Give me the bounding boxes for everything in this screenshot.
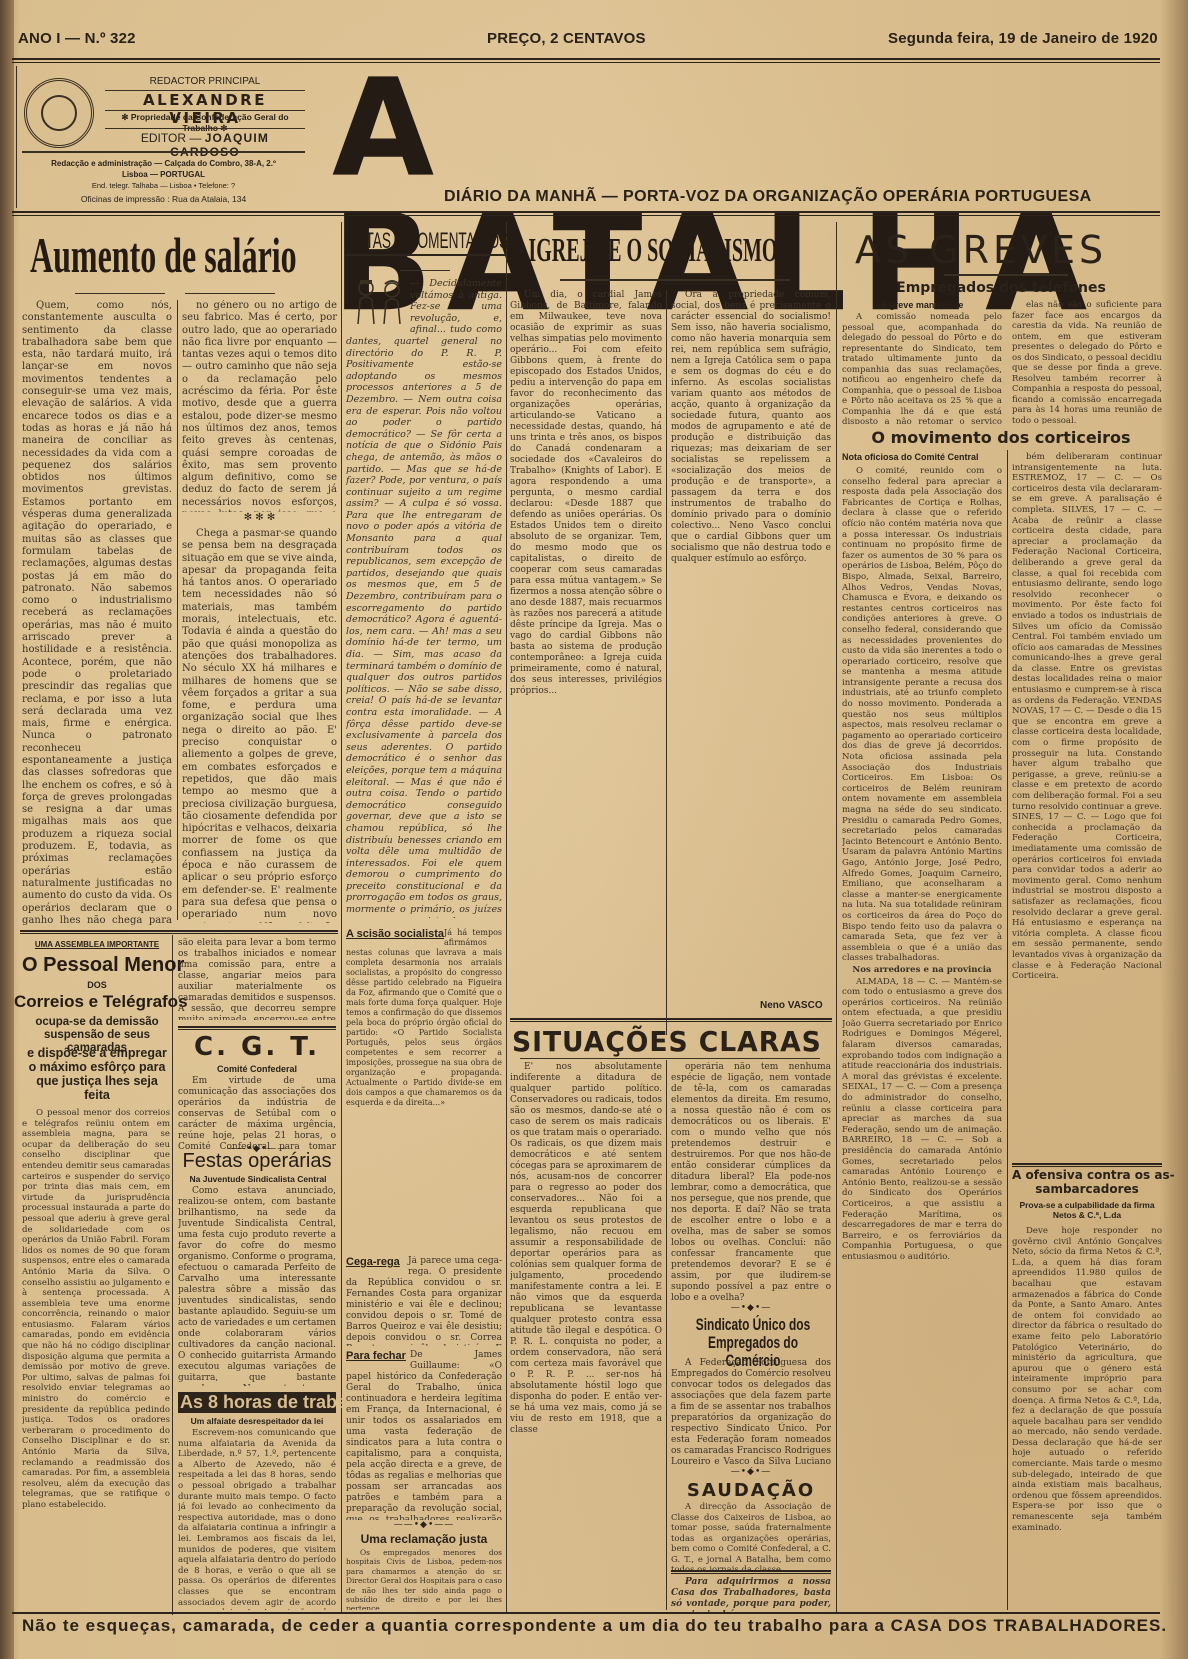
masthead-bottom-rule-thin — [12, 215, 1160, 216]
subheadline-telefones: Empregados dos telefones — [842, 280, 1160, 296]
headline-dos: DOS — [22, 980, 172, 990]
headline-ofensiva-2: sambarcadores — [1012, 1182, 1162, 1196]
editor-line: EDITOR — JOAQUIM CARDOSO — [105, 131, 305, 159]
newspaper-subtitle: DIÁRIO DA MANHÃ — PORTA-VOZ DA ORGANIZAÇ… — [444, 188, 1092, 206]
city: Lisboa — PORTUGAL — [22, 170, 305, 179]
article-body-scisao: Já há tempos afirmámos nestas colunas qu… — [346, 928, 502, 1258]
article-body-pessoal-continued: são eleita para levar a bom termo os tra… — [178, 938, 336, 1020]
box-border — [16, 66, 17, 208]
headline-cgt: C. G. T. — [178, 1032, 336, 1062]
article-body-aumento-col1: Quem, como nós, constantemente ausculta … — [22, 300, 172, 925]
article-body-pessoal-menor: O pessoal menor dos correios e telégrafo… — [22, 1108, 170, 1610]
address: Redacção e administração — Calçada do Co… — [22, 159, 305, 168]
divider — [510, 1018, 832, 1022]
top-rule — [12, 58, 1160, 60]
divider — [520, 1058, 820, 1059]
divider — [105, 128, 305, 129]
headline-8-horas: As 8 horas de trabalho — [178, 1392, 336, 1413]
article-body-aumento-col2: no género ou no artigo de seu fabrico. M… — [182, 300, 337, 512]
price: PREÇO, 2 CENTAVOS — [487, 30, 646, 47]
column-divider — [172, 935, 173, 1615]
article-body-corticeiros-col2: bém deliberaram continuar intransigentem… — [1012, 452, 1162, 1177]
headline-as-greves: AS GREVES — [855, 228, 1107, 272]
headline-reclamacao-justa: Uma reclamação justa — [346, 1532, 502, 1546]
divider — [178, 1026, 336, 1030]
nota-oficiosa-head: Nota oficiosa do Comité Central — [842, 452, 1007, 462]
column-divider — [506, 222, 507, 1612]
headline-pessoal-menor: O Pessoal Menor — [22, 954, 172, 977]
divider — [185, 293, 275, 294]
divider — [400, 270, 450, 271]
subhead-juventude: Na Juventude Sindicalista Central — [178, 1174, 338, 1184]
article-body-igreja-col2: Ora a propriedade comum, social, dos ben… — [671, 290, 831, 1002]
redactor-label: REDACTOR PRINCIPAL — [105, 76, 305, 87]
article-body-saudacao: A direcção da Associação de Classe dos C… — [671, 1502, 831, 1570]
article-body-aumento-col2b: Chega a pasmar-se quando se pensa bem na… — [182, 528, 337, 923]
column-divider — [666, 1060, 667, 1610]
byline-neno-vasco: Neno VASCO — [760, 1000, 823, 1011]
cgt-seal-icon — [24, 78, 94, 148]
article-body-ofensiva: Deve hoje responder no govêrno civil Ant… — [1012, 1226, 1162, 1610]
divider — [944, 274, 1068, 276]
article-body-notas: — Decididamente voltámos à antiga. Fez-s… — [346, 278, 502, 918]
deck-maximo-esforco: e dispõe-se a empregar o máximo esfôrço … — [22, 1046, 172, 1102]
headline-situacoes-claras: SITUAÇÕES CLARAS — [512, 1025, 822, 1058]
telegraph: End. telegr. Talhaba — Lisboa • Telefone… — [22, 181, 305, 190]
headline-igreja-socialismo: A IGREJA E O SOCIALISMO — [510, 232, 778, 270]
headline-notas-comentarios: NOTAS & COMENTARIOS — [345, 228, 508, 256]
headline-ofensiva-1: A ofensiva contra os as- — [1012, 1168, 1162, 1182]
article-body-8-horas: Escrevem-nos comunicando que numa alfaia… — [178, 1428, 336, 1610]
kicker-greve-mantem: A greve mantém-se — [842, 300, 1002, 310]
article-body-festas: Como estava anunciado, realizou-se ontem… — [178, 1186, 336, 1386]
article-body-corticeiros-col1: O comité, reunido com o conselho federal… — [842, 466, 1002, 1610]
column-divider — [666, 290, 667, 1035]
divider — [1012, 1163, 1162, 1167]
divider — [22, 151, 305, 153]
article-body-reclamacao: Os empregados menores dos hospitais Civi… — [346, 1548, 502, 1610]
headline-correios-telegrafos: Correios e Telégrafos — [14, 992, 180, 1012]
masthead-bottom-rule — [12, 211, 1160, 213]
page-edge-shadow — [0, 0, 14, 1659]
column-divider — [177, 300, 178, 920]
headline-aumento-salario: Aumento de salário — [30, 226, 297, 284]
subheadline-corticeiros: O movimento dos corticeiros — [842, 428, 1160, 447]
subhead-comite-confederal: Comité Confederal — [178, 1064, 336, 1074]
newspaper-page: ANO I — N.º 322 PREÇO, 2 CENTAVOS Segund… — [0, 0, 1188, 1659]
article-body-cgt: Em virtude de uma comunicação das associ… — [178, 1076, 336, 1151]
article-body-para-fechar: De James Guillaume: «O papel histórico d… — [346, 1350, 502, 1520]
article-body-cega-rega: Já parece uma cega-rega. O presidente da… — [346, 1256, 502, 1346]
subhead-alfaiate: Um alfaiate desrespeitador da lei — [178, 1416, 336, 1426]
headline-festas-operarias: Festas operárias — [178, 1150, 336, 1173]
kicker-assemblea: UMA ASSEMBLEA IMPORTANTE — [22, 940, 172, 949]
footer-rule — [12, 1612, 1160, 1614]
article-body-sindicato: A Federação Portuguesa dos Empregados do… — [671, 1358, 831, 1468]
divider — [75, 293, 165, 294]
divider — [20, 930, 338, 934]
ornament-divider: —•◆•— — [671, 1467, 831, 1477]
article-body-telefones-col1: A comissão nomeada pelo pessoal que, aco… — [842, 312, 1002, 424]
printing-office: Oficinas de impressão : Rua da Atalaia, … — [22, 194, 305, 204]
divider — [560, 279, 790, 281]
ornament-divider: ——•◆•—— — [346, 1520, 502, 1530]
article-body-situacoes-col1: E' nos absolutamente indiferente a ditad… — [510, 1062, 662, 1610]
footer-banner-casa-trabalhadores: Não te esqueças, camarada, de ceder a qu… — [22, 1616, 1167, 1636]
casa-trabalhadores-note: Para adquirirmos a nossa Casa dos Trabal… — [671, 1577, 831, 1613]
ofensiva-subhead: Prova-se a culpabilidade da firma Netos … — [1012, 1200, 1162, 1220]
section-stars: ✻ ✻ ✻ — [182, 512, 337, 523]
issue-date: Segunda feira, 19 de Janeiro de 1920 — [888, 30, 1158, 47]
article-body-igreja-col1: Um dia, o cardial James Gibbons, de Balt… — [510, 290, 662, 1010]
editor-label: EDITOR — — [141, 131, 201, 145]
column-divider — [1007, 450, 1008, 1610]
divider — [671, 1570, 831, 1574]
article-body-situacoes-col2: operária não tem nenhuma espécie de liga… — [671, 1062, 831, 1302]
ornament-divider: —•◆•— — [671, 1303, 831, 1313]
issue-number: ANO I — N.º 322 — [18, 30, 136, 47]
divider — [105, 110, 305, 111]
headline-saudacao: SAUDAÇÃO — [671, 1480, 831, 1501]
column-divider — [836, 222, 837, 1612]
article-body-telefones-col2: elas não são o suficiente para fazer fac… — [1012, 300, 1162, 424]
